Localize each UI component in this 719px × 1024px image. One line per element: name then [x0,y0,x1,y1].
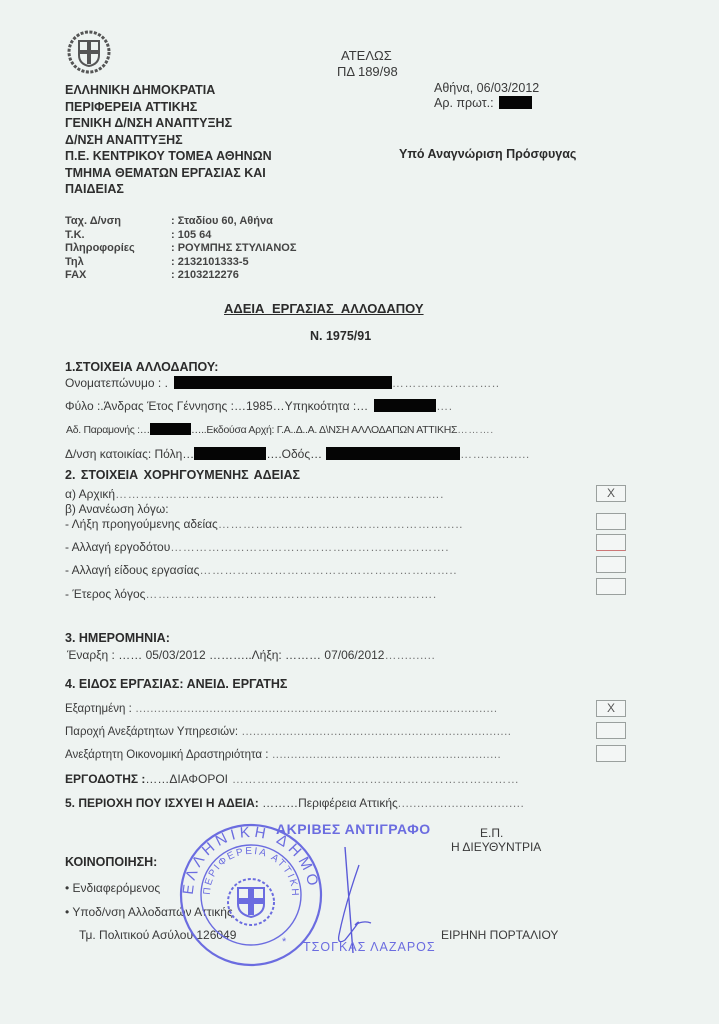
protocol-label: Αρ. πρωτ.: [434,96,494,110]
handwritten-signature [325,845,395,955]
redacted-protocol [499,96,532,109]
issuing-authority: ΕΛΛΗΝΙΚΗ ΔΗΜΟΚΡΑΤΙΑ ΠΕΡΙΦΕΡΕΙΑ ΑΤΤΙΚΗΣ Γ… [65,82,272,198]
validity-region-row: 5. ΠΕΡΙΟΧΗ ΠΟΥ ΙΣΧΥΕΙ Η ΑΔΕΙΑ: ………Περιφέ… [65,796,524,810]
law-reference: Ν. 1975/91 [310,329,371,343]
place-date: Αθήνα, 06/03/2012 [434,81,539,95]
signer-stamp-name: ΤΣΟΓΚΑΣ ΛΑΖΑΡΟΣ [303,940,436,954]
employer-value: ……ΔΙΑΦΟΡΟΙ [145,772,228,786]
sex-birth-nationality-row: Φύλο :.Άνδρας Έτος Γέννησης :…1985…Υπηκο… [65,399,453,413]
sex-value: Άνδρας [104,399,144,413]
checkbox-independent[interactable] [596,745,626,762]
redacted-nationality [374,399,436,412]
contact-block: Ταχ. Δ/νση: Σταδίου 60, Αθήνα Τ.Κ.: 105 … [65,215,296,283]
authority-line: Π.Ε. ΚΕΝΤΡΙΚΟΥ ΤΟΜΕΑ ΑΘΗΝΩΝ [65,148,272,165]
decree-label: ΠΔ 189/98 [337,64,398,79]
permit-type-expiry: - Λήξη προηγούμενης αδείας……………………………………… [65,517,463,531]
redacted-permit [150,423,191,435]
coat-of-arms-icon [66,29,112,75]
redacted-city [194,447,266,460]
contact-row: FAX: 2103212276 [65,269,296,283]
redacted-street [326,447,460,460]
employer-row: ΕΡΓΟΔΟΤΗΣ :……ΔΙΑΦΟΡΟΙ ………………………………………………… [65,772,519,786]
authority-line: ΠΑΙΔΕΙΑΣ [65,181,272,198]
section4-heading: 4. ΕΙΔΟΣ ΕΡΓΑΣΙΑΣ: ΑΝΕΙΔ. ΕΡΓΑΤΗΣ [65,677,287,691]
name-row: Ονοματεπώνυμο : .…………………….. [65,376,500,390]
permit-type-other: - Έτερος λόγος……………………………………………………………. [65,587,437,601]
contact-row: Πληροφορίες: ΡΟΥΜΠΗΣ ΣΤΥΛΙΑΝΟΣ [65,242,296,256]
authority-line: ΕΛΛΗΝΙΚΗ ΔΗΜΟΚΡΑΤΙΑ [65,82,272,99]
dates-row: Έναρξη : …… 05/03/2012 ………..Λήξη: ……… 07… [67,648,435,662]
checkbox-expiry[interactable] [596,513,626,530]
section3-heading: 3. ΗΜΕΡΟΜΗΝΙΑ: [65,631,170,645]
issuer-value: Γ.Α..Δ..Α. Δ\ΝΣΗ ΑΛΛΟΔΑΠΩΝ ΑΤΤΙΚΗΣ [274,424,457,436]
validity-region-value: ………Περιφέρεια Αττικής [259,796,398,810]
checkbox-initial[interactable]: X [596,485,626,502]
authority-line: Δ/ΝΣΗ ΑΝΑΠΤΥΞΗΣ [65,132,272,149]
permit-type-work-change: - Αλλαγή είδους εργασίας…………………………………………… [65,563,457,577]
distribution-heading: ΚΟΙΝΟΠΟΙΗΣΗ: [65,855,157,869]
work-type-independent: Ανεξάρτητη Οικονομική Δραστηριότητα : ..… [65,749,501,761]
contact-row: Τηλ: 2132101333-5 [65,256,296,270]
checkbox-work-change[interactable] [596,556,626,573]
work-type-dependent: Εξαρτημένη : ...........................… [65,703,498,715]
checkbox-services[interactable] [596,722,626,739]
start-date: 05/03/2012 [146,648,206,662]
authority-line: ΠΕΡΙΦΕΡΕΙΑ ΑΤΤΙΚΗΣ [65,99,272,116]
document-title: ΑΔΕΙΑ ΕΡΓΑΣΙΑΣ ΑΛΛΟΔΑΠΟΥ [224,301,424,316]
address-row: Δ/νση κατοικίας: Πόλη…….Οδός……………..… [65,447,530,461]
protocol-number: Αρ. πρωτ.: [434,96,532,110]
signer-role: Η ΔΙΕΥΘΥΝΤΡΙΑ [451,840,541,854]
authority-line: ΤΜΗΜΑ ΘΕΜΑΤΩΝ ΕΡΓΑΣΙΑΣ ΚΑΙ [65,165,272,182]
checkbox-employer-change[interactable] [596,534,626,551]
checkbox-dependent[interactable]: X [596,700,626,717]
section1-heading: 1.ΣΤΟΙΧΕΙΑ ΑΛΛΟΔΑΠΟΥ: [65,360,218,374]
redacted-name [174,376,392,389]
svg-text:*: * [282,936,287,948]
on-behalf-label: Ε.Π. [480,826,503,840]
checkbox-other[interactable] [596,578,626,595]
section2-heading: 2. ΣΤΟΙΧΕΙΑ ΧΟΡΗΓΟΥΜΕΝΗΣ ΑΔΕΙΑΣ [65,468,300,482]
renewal-label: β) Ανανέωση λόγω: [65,502,169,516]
permit-type-employer-change: - Αλλαγή εργοδότου…………………………………………………………… [65,540,449,554]
authority-line: ΓΕΝΙΚΗ Δ/ΝΣΗ ΑΝΑΠΤΥΞΗΣ [65,115,272,132]
birth-year: 1985 [246,399,273,413]
contact-row: Τ.Κ.: 105 64 [65,229,296,243]
contact-row: Ταχ. Δ/νση: Σταδίου 60, Αθήνα [65,215,296,229]
distribution-item: • Ενδιαφερόμενος [65,881,160,895]
residence-permit-row: Αδ. Παραμονής :……..Εκδούσα Αρχή: Γ.Α..Δ.… [66,423,494,436]
signer-name: ΕΙΡΗΝΗ ΠΟΡΤΑΛΙΟΥ [441,928,558,942]
status-note: Υπό Αναγνώριση Πρόσφυγας [399,147,576,161]
work-type-services: Παροχή Ανεξάρτητων Υπηρεσιών: ..........… [65,726,512,738]
end-date: 07/06/2012 [324,648,384,662]
permit-type-initial: α) Αρχική……………………………………………………………………. [65,487,444,501]
exempt-label: ΑΤΕΛΩΣ [341,48,392,63]
